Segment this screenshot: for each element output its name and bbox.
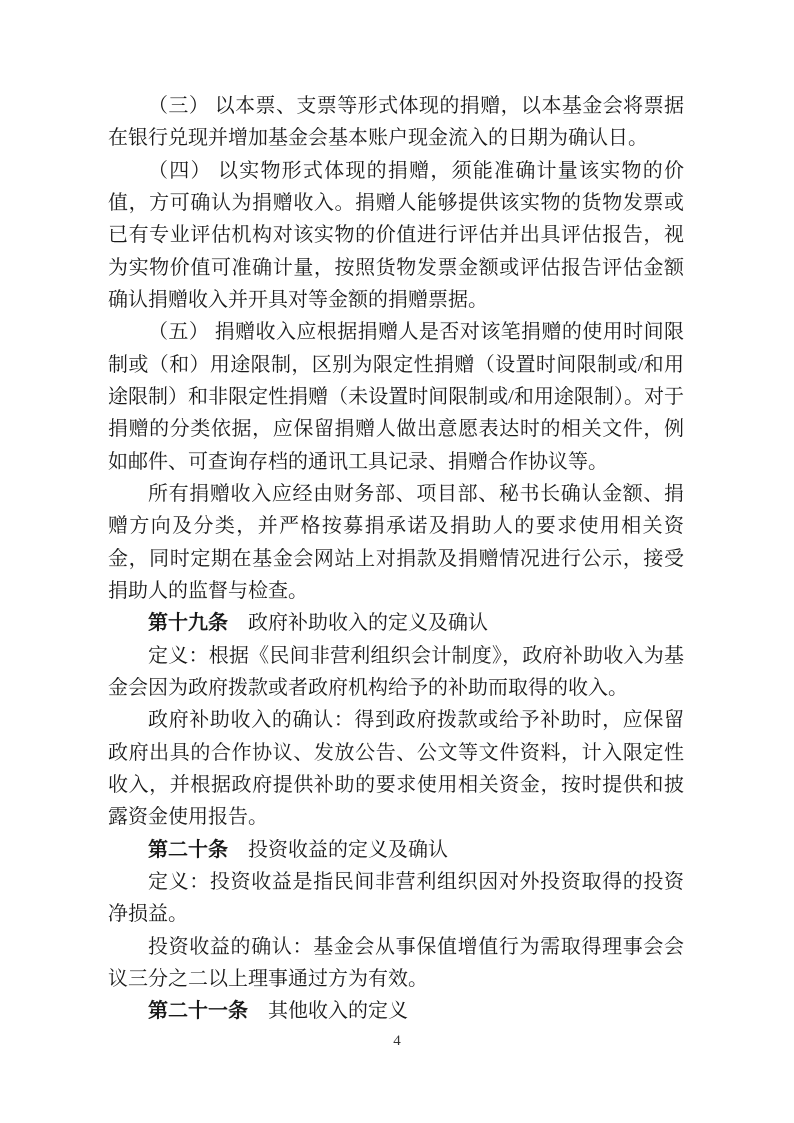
paragraph: 投资收益的确认：基金会从事保值增值行为需取得理事会会议三分之二以上理事通过方为有…: [108, 931, 684, 996]
paragraph: （四） 以实物形式体现的捐赠，须能准确计量该实物的价值，方可确认为捐赠收入。捐赠…: [108, 155, 684, 317]
article-title: 政府补助收入的定义及确认: [248, 612, 488, 634]
article-number: 第二十一条: [148, 1000, 248, 1022]
article-heading: 第二十一条其他收入的定义: [108, 995, 684, 1027]
paragraph: （三） 以本票、支票等形式体现的捐赠，以本基金会将票据在银行兑现并增加基金会基本…: [108, 90, 684, 155]
article-number: 第二十条: [148, 839, 228, 861]
article-heading: 第十九条政府补助收入的定义及确认: [108, 607, 684, 639]
article-heading: 第二十条投资收益的定义及确认: [108, 834, 684, 866]
paragraph: 定义：投资收益是指民间非营利组织因对外投资取得的投资净损益。: [108, 866, 684, 931]
paragraph: 定义：根据《民间非营利组织会计制度》，政府补助收入为基金会因为政府拨款或者政府机…: [108, 640, 684, 705]
page-footer: 4: [0, 1032, 794, 1050]
article-title: 其他收入的定义: [268, 1000, 408, 1022]
document-page: （三） 以本票、支票等形式体现的捐赠，以本基金会将票据在银行兑现并增加基金会基本…: [0, 0, 794, 1123]
document-body: （三） 以本票、支票等形式体现的捐赠，以本基金会将票据在银行兑现并增加基金会基本…: [108, 90, 684, 1028]
page-number: 4: [393, 1033, 401, 1049]
paragraph: 所有捐赠收入应经由财务部、项目部、秘书长确认金额、捐赠方向及分类，并严格按募捐承…: [108, 478, 684, 607]
paragraph: （五） 捐赠收入应根据捐赠人是否对该笔捐赠的使用时间限制或（和）用途限制，区别为…: [108, 316, 684, 478]
paragraph: 政府补助收入的确认：得到政府拨款或给予补助时，应保留政府出具的合作协议、发放公告…: [108, 704, 684, 833]
article-title: 投资收益的定义及确认: [248, 839, 448, 861]
article-number: 第十九条: [148, 612, 228, 634]
